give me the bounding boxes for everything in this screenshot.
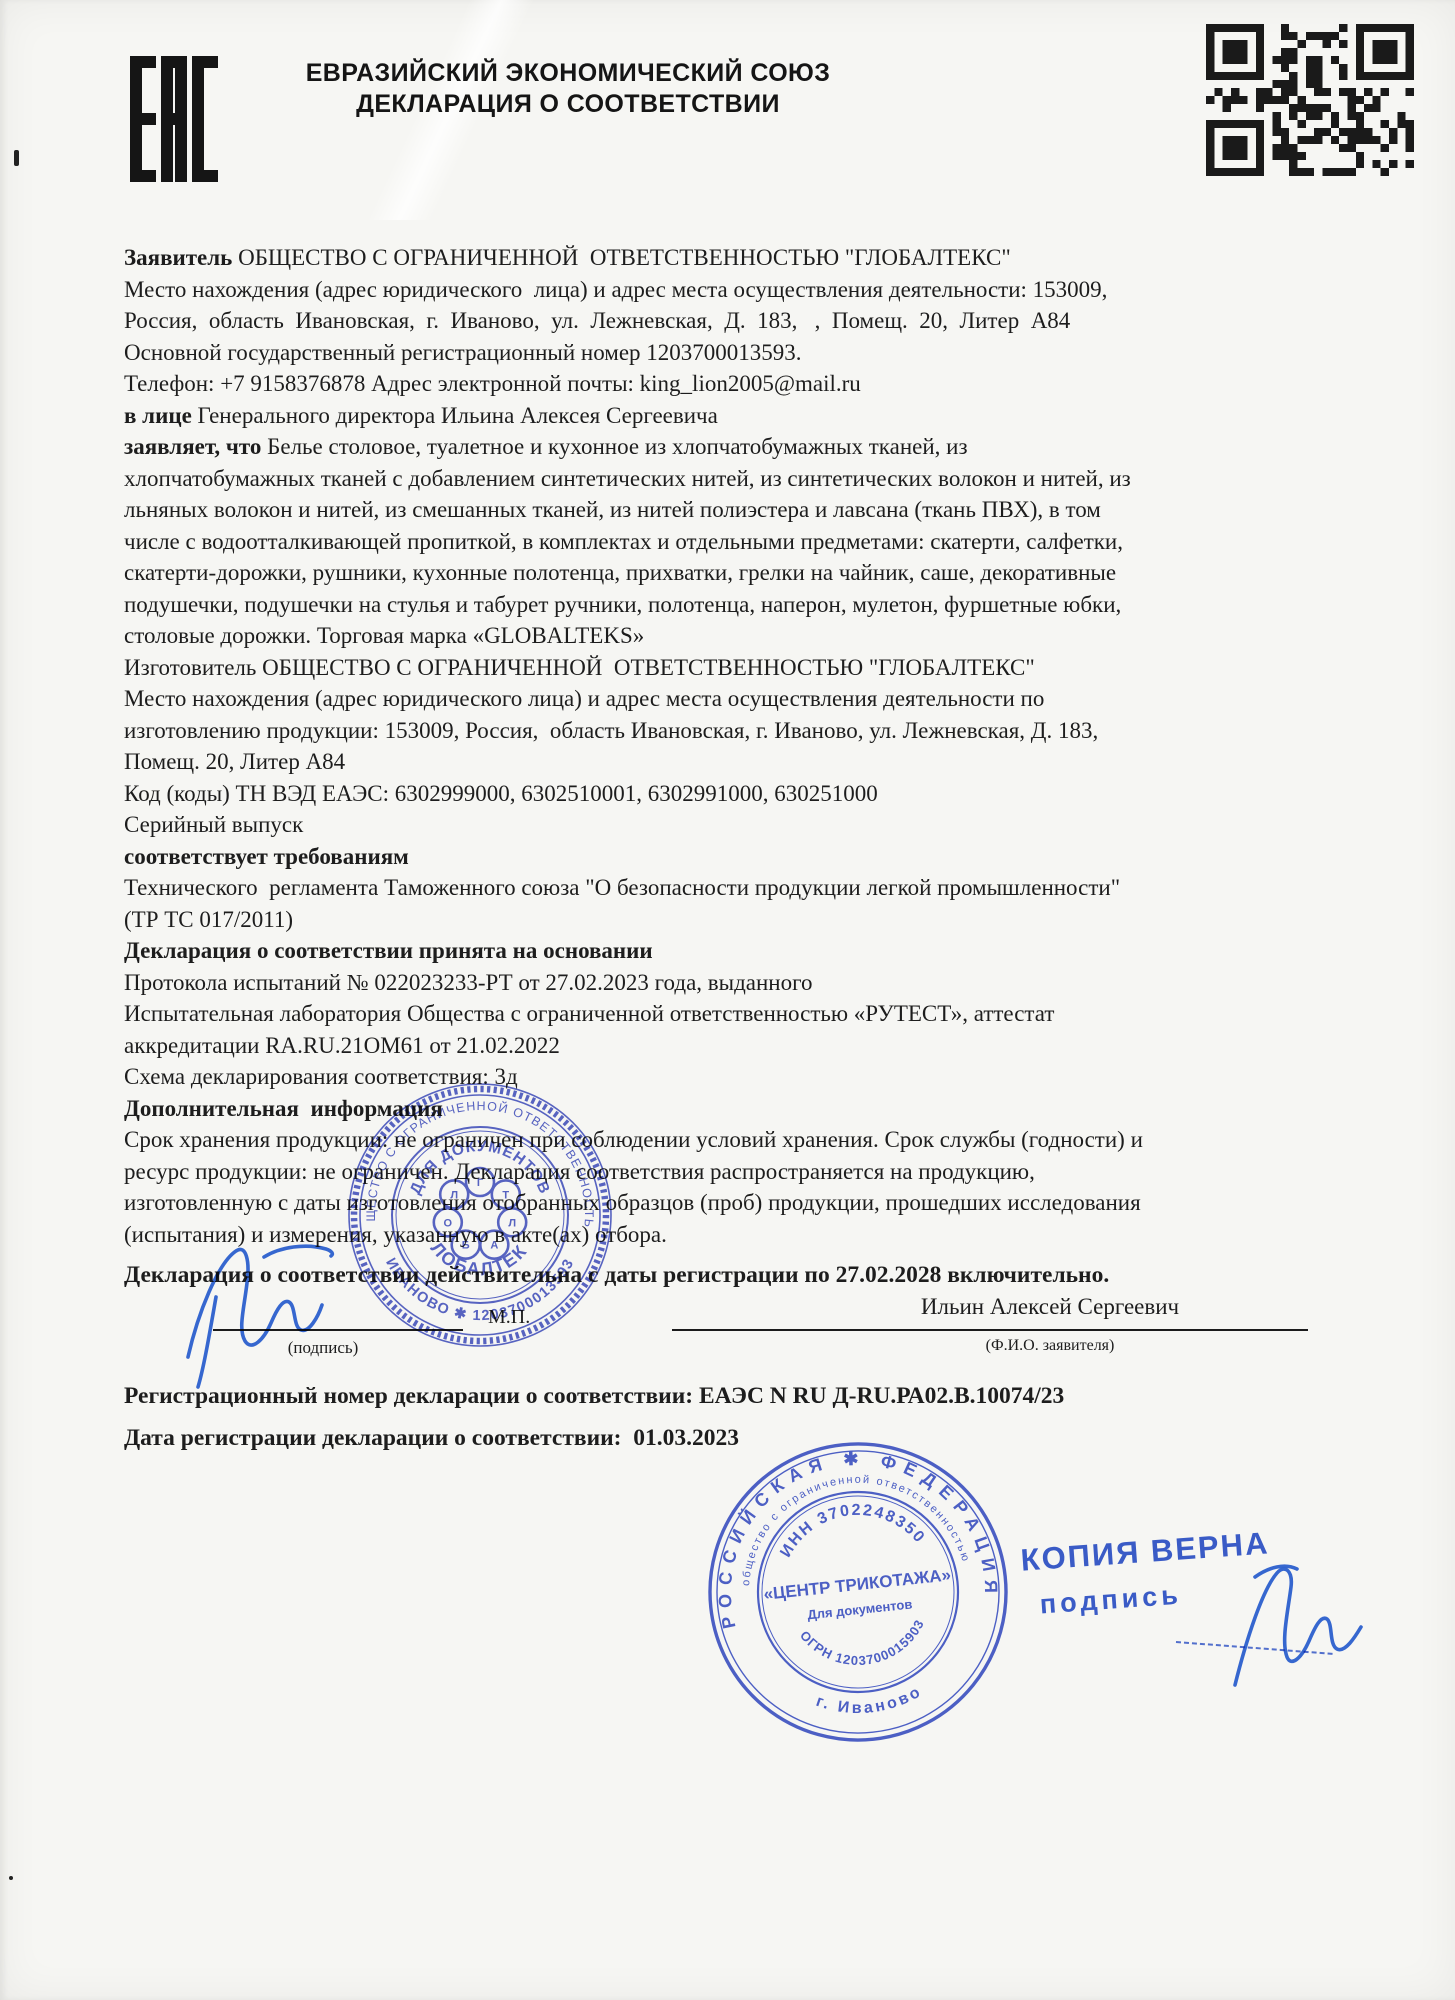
- applicant-name: Ильин Алексей Сергеевич: [740, 1294, 1360, 1320]
- document-line: ресурс продукции: не ограничен. Декларац…: [124, 1156, 1143, 1188]
- stamp2-ogrn-text: ОГРН 1203700015903: [796, 1615, 931, 1674]
- stamp1-emblem-letter: А: [490, 1240, 498, 1252]
- document-line: льняных волокон и нитей, из смешанных тк…: [124, 494, 1143, 526]
- eac-mark-icon: [130, 56, 218, 182]
- document-body: Заявитель ОБЩЕСТВО С ОГРАНИЧЕННОЙ ОТВЕТС…: [124, 242, 1143, 1250]
- document-line: Дополнительная информация: [124, 1093, 1143, 1125]
- scan-speck: [9, 1876, 13, 1880]
- document-title: ЕВРАЗИЙСКИЙ ЭКОНОМИЧЕСКИЙ СОЮЗ ДЕКЛАРАЦИ…: [266, 58, 870, 120]
- text-segment: (ТР ТС 017/2011): [124, 907, 293, 932]
- stamp1-emblem-letter: Л: [508, 1217, 516, 1229]
- text-segment: изготовленную с даты изготовления отобра…: [124, 1190, 1141, 1215]
- document-line: Изготовитель ОБЩЕСТВО С ОГРАНИЧЕННОЙ ОТВ…: [124, 652, 1143, 684]
- document-line: изготовленную с даты изготовления отобра…: [124, 1187, 1143, 1219]
- document-page: ЕВРАЗИЙСКИЙ ЭКОНОМИЧЕСКИЙ СОЮЗ ДЕКЛАРАЦИ…: [0, 0, 1455, 2000]
- text-segment: Заявитель: [124, 245, 238, 270]
- applicant-caption: (Ф.И.О. заявителя): [740, 1337, 1360, 1355]
- stamp2-center-title: «ЦЕНТР ТРИКОТАЖА»: [763, 1565, 952, 1604]
- text-segment: Серийный выпуск: [124, 812, 303, 837]
- text-segment: Протокола испытаний № 022023233-РТ от 27…: [124, 970, 812, 995]
- document-line: хлопчатобумажных тканей с добавлением си…: [124, 463, 1143, 495]
- text-segment: Изготовитель ОБЩЕСТВО С ОГРАНИЧЕННОЙ ОТВ…: [124, 655, 1035, 680]
- text-segment: ОБЩЕСТВО С ОГРАНИЧЕННОЙ ОТВЕТСТВЕННОСТЬЮ…: [238, 245, 1011, 270]
- document-line: изготовлению продукции: 153009, Россия, …: [124, 715, 1143, 747]
- text-segment: Генерального директора Ильина Алексея Се…: [198, 403, 718, 428]
- text-segment: аккредитации RA.RU.21ОМ61 от 21.02.2022: [124, 1033, 560, 1058]
- document-line: (ТР ТС 017/2011): [124, 904, 1143, 936]
- text-segment: подушечки, подушечки на стулья и табурет…: [124, 592, 1121, 617]
- document-line: в лице Генерального директора Ильина Але…: [124, 400, 1143, 432]
- text-segment: Декларация о соответствии принята на осн…: [124, 938, 653, 963]
- text-segment: Технического регламента Таможенного союз…: [124, 875, 1120, 900]
- text-segment: Код (коды) ТН ВЭД ЕАЭС: 6302999000, 6302…: [124, 781, 878, 806]
- document-line: Срок хранения продукции: не ограничен пр…: [124, 1124, 1143, 1156]
- text-segment: заявляет, что: [124, 434, 267, 459]
- document-line: подушечки, подушечки на стулья и табурет…: [124, 589, 1143, 621]
- document-line: Код (коды) ТН ВЭД ЕАЭС: 6302999000, 6302…: [124, 778, 1143, 810]
- text-segment: Россия, область Ивановская, г. Иваново, …: [124, 308, 1070, 333]
- qr-code: [1206, 24, 1414, 176]
- document-line: Декларация о соответствии принята на осн…: [124, 935, 1143, 967]
- document-line: Место нахождения (адрес юридического лиц…: [124, 683, 1143, 715]
- document-line: числе с водоотталкивающей пропиткой, в к…: [124, 526, 1143, 558]
- document-line: Место нахождения (адрес юридического лиц…: [124, 274, 1143, 306]
- document-line: Телефон: +7 9158376878 Адрес электронной…: [124, 368, 1143, 400]
- text-segment: Испытательная лаборатория Общества с огр…: [124, 1001, 1054, 1026]
- document-line: соответствует требованиям: [124, 841, 1143, 873]
- stamp1-emblem-letter: Т: [502, 1189, 509, 1201]
- handwritten-signature-left: [160, 1235, 360, 1405]
- document-line: Протокола испытаний № 022023233-РТ от 27…: [124, 967, 1143, 999]
- handwritten-signature-right: [1205, 1545, 1385, 1705]
- scan-speck: [14, 150, 19, 166]
- text-segment: хлопчатобумажных тканей с добавлением си…: [124, 466, 1131, 491]
- document-line: аккредитации RA.RU.21ОМ61 от 21.02.2022: [124, 1030, 1143, 1062]
- document-line: Заявитель ОБЩЕСТВО С ОГРАНИЧЕННОЙ ОТВЕТС…: [124, 242, 1143, 274]
- text-segment: Телефон: +7 9158376878 Адрес электронной…: [124, 371, 861, 396]
- text-segment: изготовлению продукции: 153009, Россия, …: [124, 718, 1098, 743]
- svg-text:ОГРН 1203700015903: ОГРН 1203700015903: [796, 1615, 931, 1674]
- text-segment: в лице: [124, 403, 198, 428]
- stamp1-emblem-letter: Л: [450, 1189, 458, 1201]
- text-segment: льняных волокон и нитей, из смешанных тк…: [124, 497, 1101, 522]
- text-segment: Срок хранения продукции: не ограничен пр…: [124, 1127, 1143, 1152]
- document-line: Испытательная лаборатория Общества с огр…: [124, 998, 1143, 1030]
- document-line: скатерти-дорожки, рушники, кухонные поло…: [124, 557, 1143, 589]
- text-segment: Место нахождения (адрес юридического лиц…: [124, 686, 1044, 711]
- title-line-1: ЕВРАЗИЙСКИЙ ЭКОНОМИЧЕСКИЙ СОЮЗ: [266, 58, 870, 89]
- stamp-centr-trikotazha: РОССИЙСКАЯ ✱ ФЕДЕРАЦИЯ общество с ограни…: [703, 1437, 1013, 1747]
- stamp2-center-subtitle: Для документов: [807, 1596, 913, 1622]
- text-segment: столовые дорожки. Торговая марка «GLOBAL…: [124, 623, 644, 648]
- signature-line-right: [672, 1329, 1308, 1331]
- stamp1-emblem-letter: О: [444, 1217, 453, 1229]
- text-segment: числе с водоотталкивающей пропиткой, в к…: [124, 529, 1123, 554]
- text-segment: Помещ. 20, Литер А84: [124, 749, 345, 774]
- document-line: заявляет, что Белье столовое, туалетное …: [124, 431, 1143, 463]
- title-line-2: ДЕКЛАРАЦИЯ О СООТВЕТСТВИИ: [266, 89, 870, 120]
- text-segment: Основной государственный регистрационный…: [124, 340, 802, 365]
- document-line: Технического регламента Таможенного союз…: [124, 872, 1143, 904]
- text-segment: Место нахождения (адрес юридического лиц…: [124, 277, 1107, 302]
- text-segment: соответствует требованиям: [124, 844, 409, 869]
- text-segment: скатерти-дорожки, рушники, кухонные поло…: [124, 560, 1116, 585]
- text-segment: Белье столовое, туалетное и кухонное из …: [267, 434, 967, 459]
- stamp-globalteks: ОБЩЕСТВО С ОГРАНИЧЕННОЙ ОТВЕТСТВЕННОСТЬЮ…: [345, 1080, 615, 1350]
- document-line: Серийный выпуск: [124, 809, 1143, 841]
- stamp1-emblem-letter: Г: [477, 1177, 484, 1189]
- document-line: столовые дорожки. Торговая марка «GLOBAL…: [124, 620, 1143, 652]
- document-line: Схема декларирования соответствия: 3д: [124, 1061, 1143, 1093]
- document-line: Основной государственный регистрационный…: [124, 337, 1143, 369]
- document-line: Помещ. 20, Литер А84: [124, 746, 1143, 778]
- document-line: Россия, область Ивановская, г. Иваново, …: [124, 305, 1143, 337]
- stamp1-emblem-letter: Б: [462, 1240, 470, 1252]
- registration-date-line: Дата регистрации декларации о соответств…: [124, 1425, 739, 1452]
